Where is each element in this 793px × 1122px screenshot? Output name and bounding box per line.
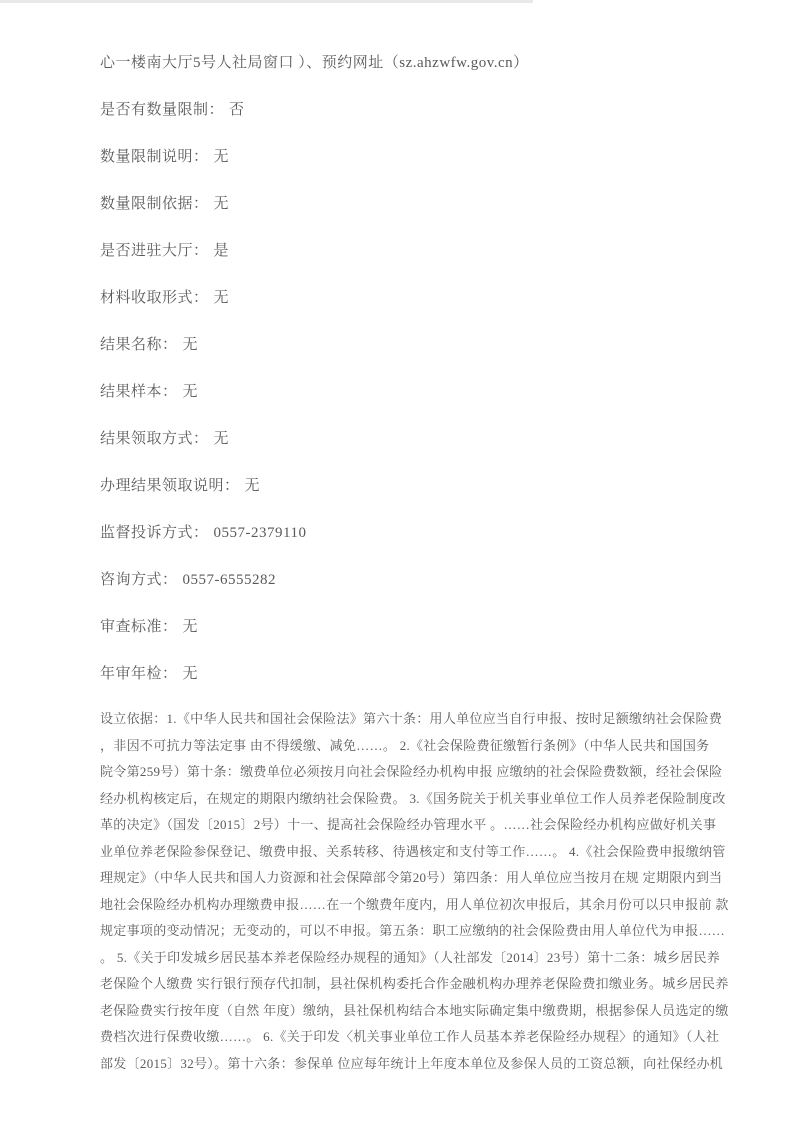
field-row-complaint-phone: 监督投诉方式：0557-2379110	[100, 525, 712, 541]
field-row-quantity-limit: 是否有数量限制：否	[100, 102, 712, 118]
legal-basis-line: ，非因不可抗力等法定事 由不得缓缴、减免……。 2.《社会保险费征缴暂行条例》（…	[100, 733, 712, 760]
field-value: 无	[183, 384, 199, 400]
field-label: 年审年检：	[100, 666, 178, 682]
field-value: 无	[245, 478, 261, 494]
continuation-text: 心一楼南大厅5号人社局窗口 ）、预约网址（sz.ahzwfw.gov.cn）	[100, 55, 712, 71]
legal-basis-line: 部发〔2015〕32号）。第十六条：参保单 位应每年统计上年度本单位及参保人员的…	[100, 1051, 712, 1078]
field-label: 结果名称：	[100, 337, 178, 353]
legal-basis-line: 经办机构核定后，在规定的期限内缴纳社会保险费。 3.《国务院关于机关事业单位工作…	[100, 786, 712, 813]
legal-basis-line: 革的决定》（国发〔2015〕2号）十一、提高社会保险经办管理水平 。……社会保险…	[100, 812, 712, 839]
document-page: 心一楼南大厅5号人社局窗口 ）、预约网址（sz.ahzwfw.gov.cn） 是…	[0, 0, 793, 1122]
legal-basis-line: 地社会保险经办机构办理缴费申报……在一个缴费年度内，用人单位初次申报后，其余月份…	[100, 892, 712, 919]
field-value: 0557-2379110	[214, 525, 307, 541]
field-value: 无	[214, 196, 230, 212]
field-value: 无	[183, 337, 199, 353]
field-label: 办理结果领取说明：	[100, 478, 240, 494]
field-row-quantity-limit-note: 数量限制说明：无	[100, 149, 712, 165]
field-value: 无	[183, 619, 199, 635]
field-value: 无	[214, 290, 230, 306]
legal-basis-line: 设立依据：1.《中华人民共和国社会保险法》第六十条：用人单位应当自行申报、按时足…	[100, 706, 712, 733]
legal-basis-line: 老保险费实行按年度（自然 年度）缴纳，县社保机构结合本地实际确定集中缴费期，根据…	[100, 998, 712, 1025]
legal-basis-line: 老保险个人缴费 实行银行预存代扣制，县社保机构委托合作金融机构办理养老保险费扣缴…	[100, 971, 712, 998]
field-row-quantity-limit-basis: 数量限制依据：无	[100, 196, 712, 212]
field-row-result-pickup-method: 结果领取方式：无	[100, 431, 712, 447]
field-label: 是否有数量限制：	[100, 102, 224, 118]
field-value: 是	[214, 243, 230, 259]
legal-basis-line: 规定事项的变动情况；无变动的，可以不申报。第五条：职工应缴纳的社会保险费由用人单…	[100, 918, 712, 945]
field-label: 是否进驻大厅：	[100, 243, 209, 259]
field-label: 结果领取方式：	[100, 431, 209, 447]
document-content: 心一楼南大厅5号人社局窗口 ）、预约网址（sz.ahzwfw.gov.cn） 是…	[100, 55, 712, 1077]
field-row-result-pickup-note: 办理结果领取说明：无	[100, 478, 712, 494]
legal-basis-line: 院令第259号）第十条：缴费单位必须按月向社会保险经办机构申报 应缴纳的社会保险…	[100, 759, 712, 786]
field-row-material-collection: 材料收取形式：无	[100, 290, 712, 306]
field-row-annual-inspection: 年审年检：无	[100, 666, 712, 682]
field-row-consult-phone: 咨询方式：0557-6555282	[100, 572, 712, 588]
field-value: 无	[214, 431, 230, 447]
field-label: 审查标准：	[100, 619, 178, 635]
field-value: 否	[229, 102, 245, 118]
field-label: 数量限制说明：	[100, 149, 209, 165]
legal-basis-line: 业单位养老保险参保登记、缴费申报、关系转移、待遇核定和支付等工作……。 4.《社…	[100, 839, 712, 866]
field-value: 0557-6555282	[183, 572, 277, 588]
legal-basis-line: 理规定》（中华人民共和国人力资源和社会保障部令第20号）第四条：用人单位应当按月…	[100, 865, 712, 892]
field-label: 结果样本：	[100, 384, 178, 400]
field-row-review-standard: 审查标准：无	[100, 619, 712, 635]
field-label: 咨询方式：	[100, 572, 178, 588]
field-value: 无	[214, 149, 230, 165]
field-row-result-name: 结果名称：无	[100, 337, 712, 353]
field-row-result-sample: 结果样本：无	[100, 384, 712, 400]
legal-basis-line: 费档次进行保费收缴……。 6.《关于印发〈机关事业单位工作人员基本养老保险经办规…	[100, 1024, 712, 1051]
field-row-in-hall: 是否进驻大厅：是	[100, 243, 712, 259]
legal-basis-paragraph: 设立依据：1.《中华人民共和国社会保险法》第六十条：用人单位应当自行申报、按时足…	[100, 706, 712, 1077]
field-label: 数量限制依据：	[100, 196, 209, 212]
field-label: 材料收取形式：	[100, 290, 209, 306]
page-edge-divider	[0, 0, 533, 3]
field-value: 无	[183, 666, 199, 682]
field-label: 监督投诉方式：	[100, 525, 209, 541]
legal-basis-line: 。 5.《关于印发城乡居民基本养老保险经办规程的通知》（人社部发〔2014〕23…	[100, 945, 712, 972]
